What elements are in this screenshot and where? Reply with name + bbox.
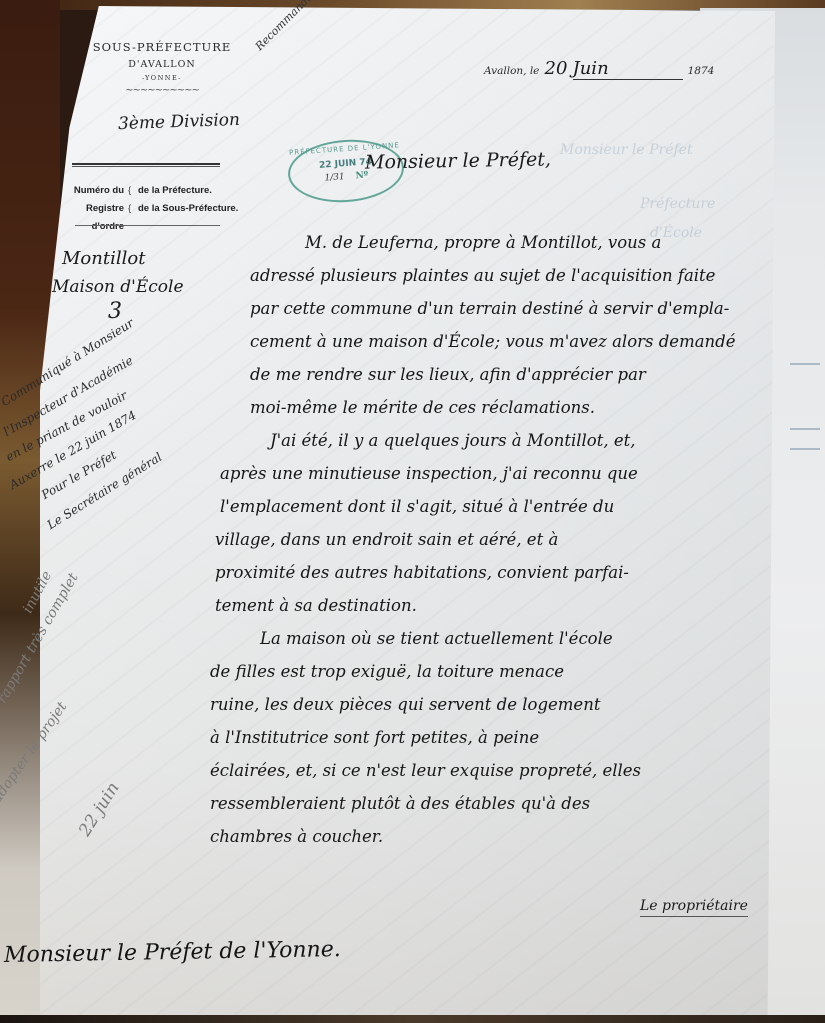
register-label: Numéro du (64, 182, 128, 200)
date-place: Avallon, le (484, 65, 539, 77)
body-line: adressé plusieurs plaintes au sujet de l… (250, 259, 810, 292)
register-value: de la Préfecture. (136, 182, 212, 200)
dateline: Avallon, le 20 Juin 1874 (484, 58, 714, 80)
letter-body: M. de Leuferna, propre à Montillot, vous… (210, 226, 810, 853)
body-line: de filles est trop exiguë, la toiture me… (210, 655, 810, 688)
date-day: 20 (545, 58, 568, 79)
salutation: Monsieur le Préfet, (365, 148, 551, 173)
stamp-number-hand: 1/31 (324, 172, 345, 183)
margin-subject-title: Maison d'École (52, 277, 184, 297)
brace-icon: { (128, 200, 136, 236)
register-label: Registre d'ordre (64, 200, 128, 236)
date-year: 1874 (688, 65, 715, 77)
letterhead-title: SOUS-PRÉFECTURE (92, 40, 232, 54)
body-line: J'ai été, il y a quelques jours à Montil… (220, 424, 810, 457)
brace-icon: { (128, 182, 136, 200)
body-line: tement à sa destination. (215, 589, 810, 622)
body-line: l'emplacement dont il s'agit, situé à l'… (220, 490, 810, 523)
division-label: 3ème Division (118, 110, 241, 134)
closing-signature: Le propriétaire (640, 898, 748, 917)
margin-commune: Montillot (62, 248, 184, 269)
body-line: ressembleraient plutôt à des étables qu'… (210, 787, 810, 820)
letterhead-subtitle: D'AVALLON (92, 59, 232, 70)
desk-background-bottom (0, 1015, 825, 1023)
bleed-through-text: Préfecture (640, 196, 715, 212)
letterhead-department: -YONNE- (92, 74, 232, 82)
ornament-divider: ~~~~~~~~~~ (92, 85, 232, 96)
body-line: moi-même le mérite de ces réclamations. (250, 391, 810, 424)
body-line: chambres à coucher. (210, 820, 810, 853)
body-line: village, dans un endroit sain et aéré, e… (215, 523, 810, 556)
body-line: ruine, les deux pièces qui servent de lo… (210, 688, 810, 721)
body-line: cement à une maison d'École; vous m'avez… (250, 325, 810, 358)
body-line: proximité des autres habitations, convie… (215, 556, 810, 589)
date-month: Juin (573, 58, 683, 80)
double-rule-divider (72, 163, 220, 167)
body-line: M. de Leuferna, propre à Montillot, vous… (255, 226, 810, 259)
body-line: à l'Institutrice sont fort petites, à pe… (210, 721, 810, 754)
rule-divider (75, 225, 220, 226)
body-line: de me rendre sur les lieux, afin d'appré… (250, 358, 810, 391)
letterhead: SOUS-PRÉFECTURE D'AVALLON -YONNE- ~~~~~~… (92, 40, 232, 96)
bleed-through-text: Monsieur le Préfet (560, 142, 693, 158)
body-line: par cette commune d'un terrain destiné à… (250, 292, 810, 325)
body-line: éclairées, et, si ce n'est leur exquise … (210, 754, 810, 787)
body-line: après une minutieuse inspection, j'ai re… (220, 457, 810, 490)
body-line: La maison où se tient actuellement l'éco… (210, 622, 810, 655)
margin-subject: Montillot Maison d'École 3 (52, 248, 184, 324)
register-row: Numéro du { de la Préfecture. (64, 182, 238, 200)
